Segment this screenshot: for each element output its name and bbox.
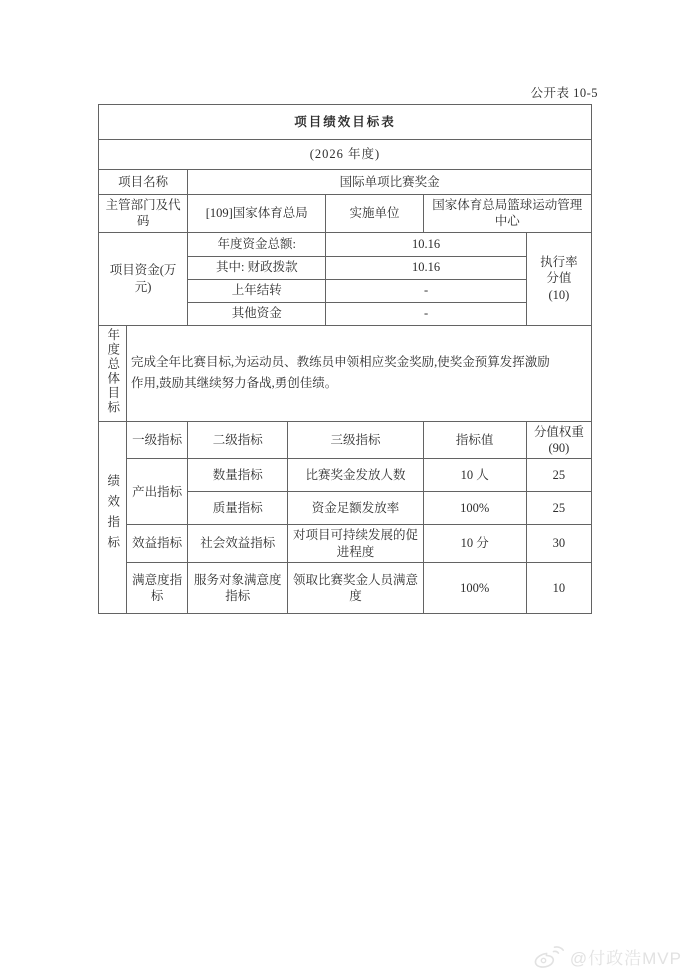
perf-weight-value: 25 [526,492,591,525]
perf-level3-indicator: 领取比赛奖金人员满意度 [288,562,423,613]
annual-goal-label: 年度总体目标 [99,325,127,421]
perf-level2-social: 社会效益指标 [188,525,288,563]
perf-row: 满意度指标 服务对象满意度指标 领取比赛奖金人员满意度 100% 10 [99,562,592,613]
watermark: @付政浩MVP [533,944,682,969]
perf-indicator-value: 10 分 [423,525,526,563]
perf-level1-benefit: 效益指标 [127,525,188,563]
performance-section-label: 绩效指标 [99,421,127,613]
perf-row: 效益指标 社会效益指标 对项目可持续发展的促进程度 10 分 30 [99,525,592,563]
perf-header-level1: 一级指标 [127,421,188,459]
perf-indicator-value: 10 人 [423,459,526,492]
perf-header-value: 指标值 [423,421,526,459]
perf-level2-service: 服务对象满意度指标 [188,562,288,613]
perf-indicator-value: 100% [423,562,526,613]
year-subtitle: (2026 年度) [99,140,592,170]
department-label: 主管部门及代码 [99,195,188,233]
perf-row: 产出指标 数量指标 比赛奖金发放人数 10 人 25 [99,459,592,492]
performance-section-label-text: 绩效指标 [106,474,119,556]
perf-indicator-value: 100% [423,492,526,525]
perf-level1-output: 产出指标 [127,459,188,525]
execution-rate-line: 分值 [531,270,587,286]
fund-fiscal-value: 10.16 [326,256,526,279]
perf-header-level3: 三级指标 [288,421,423,459]
execution-rate-score-cell: 执行率 分值 (10) [526,232,591,325]
annual-goal-text: 完成全年比赛目标,为运动员、教练员申领相应奖金奖励,使奖金预算发挥激励作用,鼓励… [131,352,551,395]
perf-header-weight: 分值权重(90) [526,421,591,459]
perf-weight-value: 25 [526,459,591,492]
perf-level3-indicator: 比赛奖金发放人数 [288,459,423,492]
execution-rate-line: (10) [531,287,587,303]
impl-unit-value: 国家体育总局篮球运动管理中心 [423,195,591,233]
execution-rate-line: 执行率 [531,254,587,270]
perf-level2-quality: 质量指标 [188,492,288,525]
fund-other-value: - [326,302,526,325]
fund-carryover-label: 上年结转 [188,279,326,302]
performance-target-table: 项目绩效目标表 (2026 年度) 项目名称 国际单项比赛奖金 主管部门及代码 … [98,104,592,614]
perf-level3-indicator: 对项目可持续发展的促进程度 [288,525,423,563]
project-name-label: 项目名称 [99,170,188,195]
sheet-number-label: 公开表 10-5 [98,83,598,101]
perf-level1-satisfaction: 满意度指标 [127,562,188,613]
perf-weight-value: 10 [526,562,591,613]
funds-label: 项目资金(万元) [99,232,188,325]
fund-carryover-value: - [326,279,526,302]
project-name-value: 国际单项比赛奖金 [188,170,592,195]
perf-weight-value: 30 [526,525,591,563]
fund-total-value: 10.16 [326,232,526,256]
weibo-logo-icon [533,945,565,969]
department-value: [109]国家体育总局 [188,195,326,233]
watermark-text: @付政浩MVP [570,944,682,969]
fund-fiscal-label: 其中: 财政拨款 [188,256,326,279]
perf-level3-indicator: 资金足额发放率 [288,492,423,525]
impl-unit-label: 实施单位 [326,195,423,233]
fund-other-label: 其他资金 [188,302,326,325]
annual-goal-cell: 完成全年比赛目标,为运动员、教练员申领相应奖金奖励,使奖金预算发挥激励作用,鼓励… [127,325,592,421]
annual-goal-label-text: 年度总体目标 [106,328,119,415]
fund-total-label: 年度资金总额: [188,232,326,256]
table-title: 项目绩效目标表 [99,105,592,140]
perf-level2-quantity: 数量指标 [188,459,288,492]
perf-header-level2: 二级指标 [188,421,288,459]
